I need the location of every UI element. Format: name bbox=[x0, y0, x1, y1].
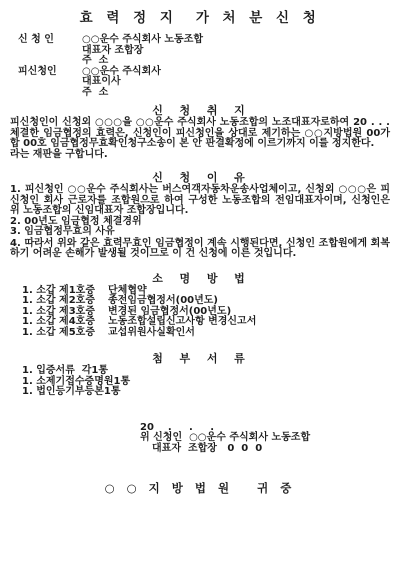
attachment-count: 각1통 bbox=[82, 366, 108, 377]
applicant-address: 주 소 bbox=[82, 56, 108, 67]
respondent-representative-row: 대표이사 bbox=[18, 77, 400, 88]
respondent-representative: 대표이사 bbox=[82, 77, 121, 88]
applicant-name: ○○운수 주식회사 노동조합 bbox=[82, 35, 203, 46]
attachment-count: 1통 bbox=[104, 387, 121, 398]
attachment-item: 1. 법인등기부등본 1통 bbox=[22, 387, 108, 398]
evidence-heading: 소 명 방 법 bbox=[0, 273, 400, 285]
respondent-address: 주 소 bbox=[82, 88, 108, 99]
evidence-exhibit-title: 교섭위원사실확인서 bbox=[108, 328, 195, 339]
evidence-exhibit-label: 1. 소갑 제2호증 bbox=[22, 296, 108, 307]
reasons-heading: 신 청 이 유 bbox=[0, 172, 400, 184]
evidence-item: 1. 소갑 제4호증 노동조합설립신고사항 변경신고서 bbox=[22, 317, 400, 328]
applicant-row: 신 청 인 ○○운수 주식회사 노동조합 bbox=[18, 35, 400, 46]
parties-block: 신 청 인 ○○운수 주식회사 노동조합 대표자 조합장 주 소 피신청인 ○○… bbox=[18, 35, 400, 98]
reason-item-1: 1. 피신청인 ○○운수 주식회사는 버스여객자동차운송사업체이고, 신청외 ○… bbox=[10, 185, 390, 217]
attachment-label: 1. 법인등기부등본 bbox=[22, 387, 104, 398]
applicant-representative-row: 대표자 조합장 bbox=[18, 46, 400, 57]
evidence-exhibit-title: 노동조합설립신고사항 변경신고서 bbox=[108, 317, 256, 328]
applicant-label: 신 청 인 bbox=[18, 35, 82, 46]
respondent-label: 피신청인 bbox=[18, 67, 82, 78]
attachment-item: 1. 입증서류 각1통 bbox=[22, 366, 108, 377]
purpose-closing: 라는 재판을 구합니다. bbox=[10, 150, 390, 161]
evidence-exhibit-label: 1. 소갑 제4호증 bbox=[22, 317, 108, 328]
reason-item-4: 4. 따라서 위와 같은 효력무효인 임금협정이 계속 시행된다면, 신청인 조… bbox=[10, 239, 390, 260]
signature-representative: 대표자 조합장 0 0 0 bbox=[152, 444, 400, 455]
legal-document-page: 효 력 정 지 가 처 분 신 청 신 청 인 ○○운수 주식회사 노동조합 대… bbox=[0, 0, 400, 565]
evidence-item: 1. 소갑 제2호증 종전임금협정서(00년도) bbox=[22, 296, 400, 307]
court-address-line: ○ ○ 지 방 법 원 귀 중 bbox=[0, 482, 400, 495]
attachment-label: 1. 입증서류 bbox=[22, 366, 75, 377]
reason-item-3: 3. 임금협정무효의 사유 bbox=[10, 227, 390, 238]
evidence-exhibit-title: 종전임금협정서(00년도) bbox=[108, 296, 218, 307]
attachments-heading: 첨 부 서 류 bbox=[0, 353, 400, 365]
applicant-address-row: 주 소 bbox=[18, 56, 400, 67]
signature-block: 20 . . . 위 신청인 ○○운수 주식회사 노동조합 대표자 조합장 0 … bbox=[140, 423, 400, 455]
purpose-body: 피신청인이 신청외 ○○○을 ○○운수 주식회사 노동조합의 노조대표자로하여 … bbox=[10, 118, 390, 150]
document-title: 효 력 정 지 가 처 분 신 청 bbox=[0, 10, 400, 26]
evidence-item: 1. 소갑 제5호증 교섭위원사실확인서 bbox=[22, 328, 400, 339]
respondent-address-row: 주 소 bbox=[18, 88, 400, 99]
purpose-heading: 신 청 취 지 bbox=[0, 105, 400, 117]
attachments-list: 1. 입증서류 각1통 1. 소제기접수증명원 1통 1. 법인등기부등본 1통 bbox=[22, 366, 400, 398]
signature-applicant: 위 신청인 ○○운수 주식회사 노동조합 bbox=[140, 433, 400, 444]
respondent-row: 피신청인 ○○운수 주식회사 bbox=[18, 67, 400, 78]
evidence-list: 1. 소갑 제1호증 단체협약 1. 소갑 제2호증 종전임금협정서(00년도)… bbox=[22, 286, 400, 339]
evidence-exhibit-label: 1. 소갑 제5호증 bbox=[22, 328, 108, 339]
